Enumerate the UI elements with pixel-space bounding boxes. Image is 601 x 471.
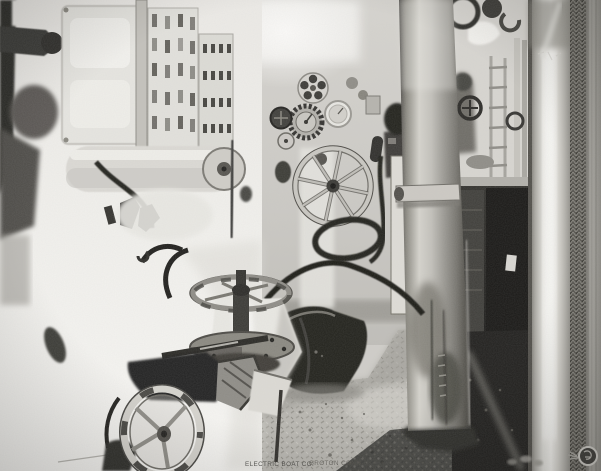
vignette-overlay <box>0 0 601 471</box>
photo-canvas: ELECTRIC BOAT CO. GROTON CONN <box>0 0 601 471</box>
photograph: ELECTRIC BOAT CO. GROTON CONN <box>0 0 601 471</box>
